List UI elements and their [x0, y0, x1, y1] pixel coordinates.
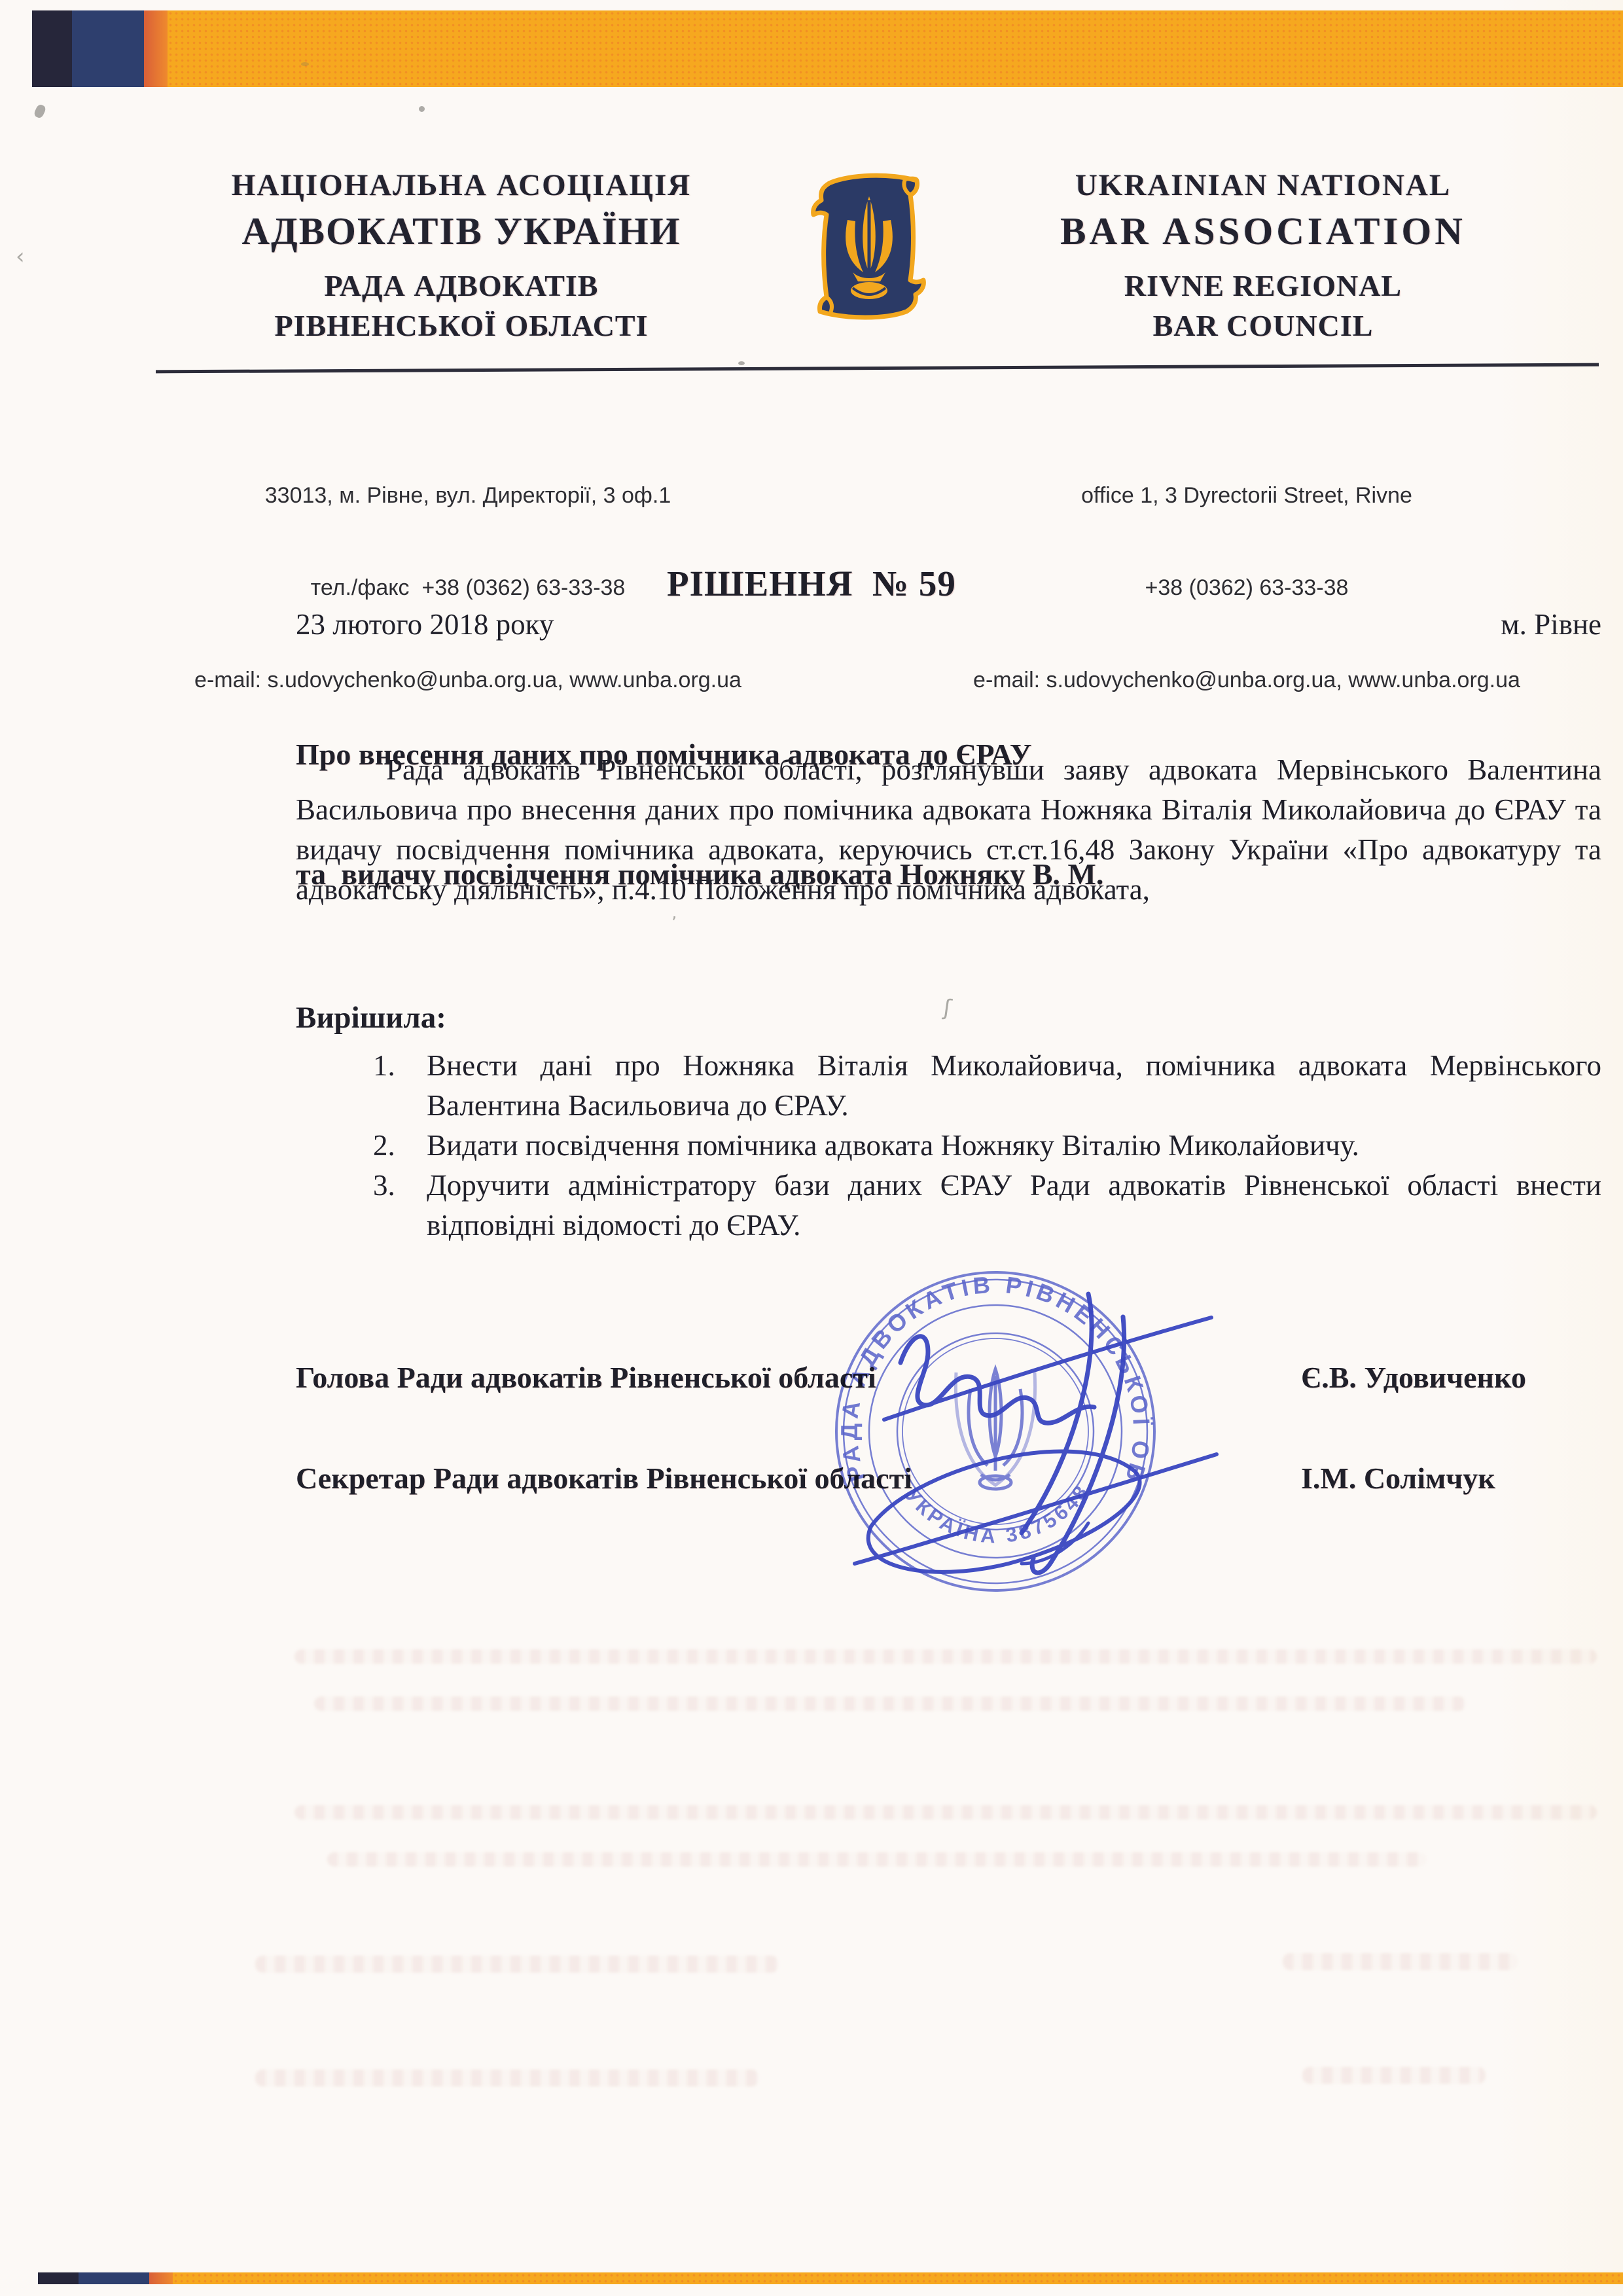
- signer-role: Голова Ради адвокатів Рівненської област…: [296, 1361, 876, 1394]
- item-number: 3.: [373, 1166, 414, 1246]
- org-line: АДВОКАТІВ УКРАЇНИ: [167, 206, 756, 257]
- pencil-mark: ʼ: [671, 914, 677, 933]
- bleed-through-artifact: [255, 1956, 779, 1973]
- scan-speck: [419, 106, 425, 112]
- org-line: UKRAINIAN NATIONAL: [975, 165, 1551, 206]
- bottom-color-bar: [38, 2272, 1623, 2284]
- bleed-through-artifact: [1283, 1953, 1518, 1970]
- scan-speck: [738, 361, 745, 365]
- bar-segment-navy: [72, 10, 144, 87]
- round-seal-and-signature-ink: РАДА АДВОКАТІВ РІВНЕНСЬКОЇ ОБЛАСТІ УКРАЇ…: [793, 1255, 1251, 1674]
- bar-segment-navy: [79, 2272, 149, 2284]
- bleed-through-artifact: [294, 1805, 1597, 1820]
- org-line: РІВНЕНСЬКОЇ ОБЛАСТІ: [167, 306, 756, 346]
- scan-speck: [301, 62, 309, 66]
- bar-segment-dark: [38, 2272, 79, 2284]
- org-line: РАДА АДВОКАТІВ: [167, 266, 756, 306]
- bleed-through-artifact: [255, 2070, 759, 2087]
- item-text: Доручити адміністратору бази даних ЄРАУ …: [427, 1166, 1601, 1246]
- bleed-through-artifact: [294, 1649, 1597, 1664]
- bleed-through-artifact: [327, 1852, 1427, 1867]
- org-name-english: UKRAINIAN NATIONAL BAR ASSOCIATION RIVNE…: [975, 165, 1551, 346]
- signer-name: І.М. Солімчук: [1301, 1461, 1495, 1496]
- list-item: 3. Доручити адміністратору бази даних ЄР…: [373, 1166, 1601, 1246]
- org-line: НАЦІОНАЛЬНА АСОЦІАЦІЯ: [167, 165, 756, 206]
- item-number: 1.: [373, 1046, 414, 1126]
- bar-segment-dark: [32, 10, 72, 87]
- decision-title: РІШЕННЯ № 59: [0, 563, 1623, 604]
- seal-trident-icon: [955, 1369, 1035, 1489]
- unba-scroll-trident-logo-icon: [807, 169, 931, 327]
- decision-preamble: Рада адвокатів Рівненської області, розг…: [296, 750, 1601, 910]
- date-place-row: 23 лютого 2018 року м. Рівне: [296, 607, 1601, 641]
- item-text: Внести дані про Ножняка Віталія Миколайо…: [427, 1046, 1601, 1126]
- org-line: BAR COUNCIL: [975, 306, 1551, 346]
- resolved-label: Вирішила:: [296, 1000, 446, 1035]
- org-name-ukrainian: НАЦІОНАЛЬНА АСОЦІАЦІЯ АДВОКАТІВ УКРАЇНИ …: [167, 165, 756, 346]
- decision-date: 23 лютого 2018 року: [296, 608, 554, 641]
- signer-name: Є.В. Удовиченко: [1301, 1360, 1526, 1395]
- bleed-through-artifact: [314, 1696, 1466, 1711]
- bar-segment-yellow: [173, 2272, 1623, 2284]
- decision-place: м. Рівне: [1501, 607, 1601, 641]
- scan-smudge: [33, 103, 46, 119]
- header-divider-line: [156, 363, 1599, 374]
- scan-mark: ‹: [16, 243, 25, 270]
- bleed-through-artifact: [1302, 2067, 1486, 2084]
- org-line: RIVNE REGIONAL: [975, 266, 1551, 306]
- item-text: Видати посвідчення помічника адвоката Но…: [427, 1126, 1601, 1166]
- pencil-mark: ʃ: [942, 994, 953, 1021]
- list-item: 2. Видати посвідчення помічника адвоката…: [373, 1126, 1601, 1166]
- scanned-decision-document: НАЦІОНАЛЬНА АСОЦІАЦІЯ АДВОКАТІВ УКРАЇНИ …: [0, 0, 1623, 2296]
- item-number: 2.: [373, 1126, 414, 1166]
- list-item: 1. Внести дані про Ножняка Віталія Микол…: [373, 1046, 1601, 1126]
- address-line: office 1, 3 Dyrectorii Street, Rivne: [897, 480, 1597, 511]
- decision-items-list: 1. Внести дані про Ножняка Віталія Микол…: [373, 1046, 1601, 1246]
- bar-segment-yellow: [168, 10, 1623, 87]
- org-line: BAR ASSOCIATION: [975, 206, 1551, 257]
- top-color-bar: [32, 10, 1623, 87]
- bar-segment-orange: [144, 10, 168, 87]
- bar-segment-orange: [149, 2272, 173, 2284]
- address-line: 33013, м. Рівне, вул. Директорії, 3 оф.1: [118, 480, 818, 511]
